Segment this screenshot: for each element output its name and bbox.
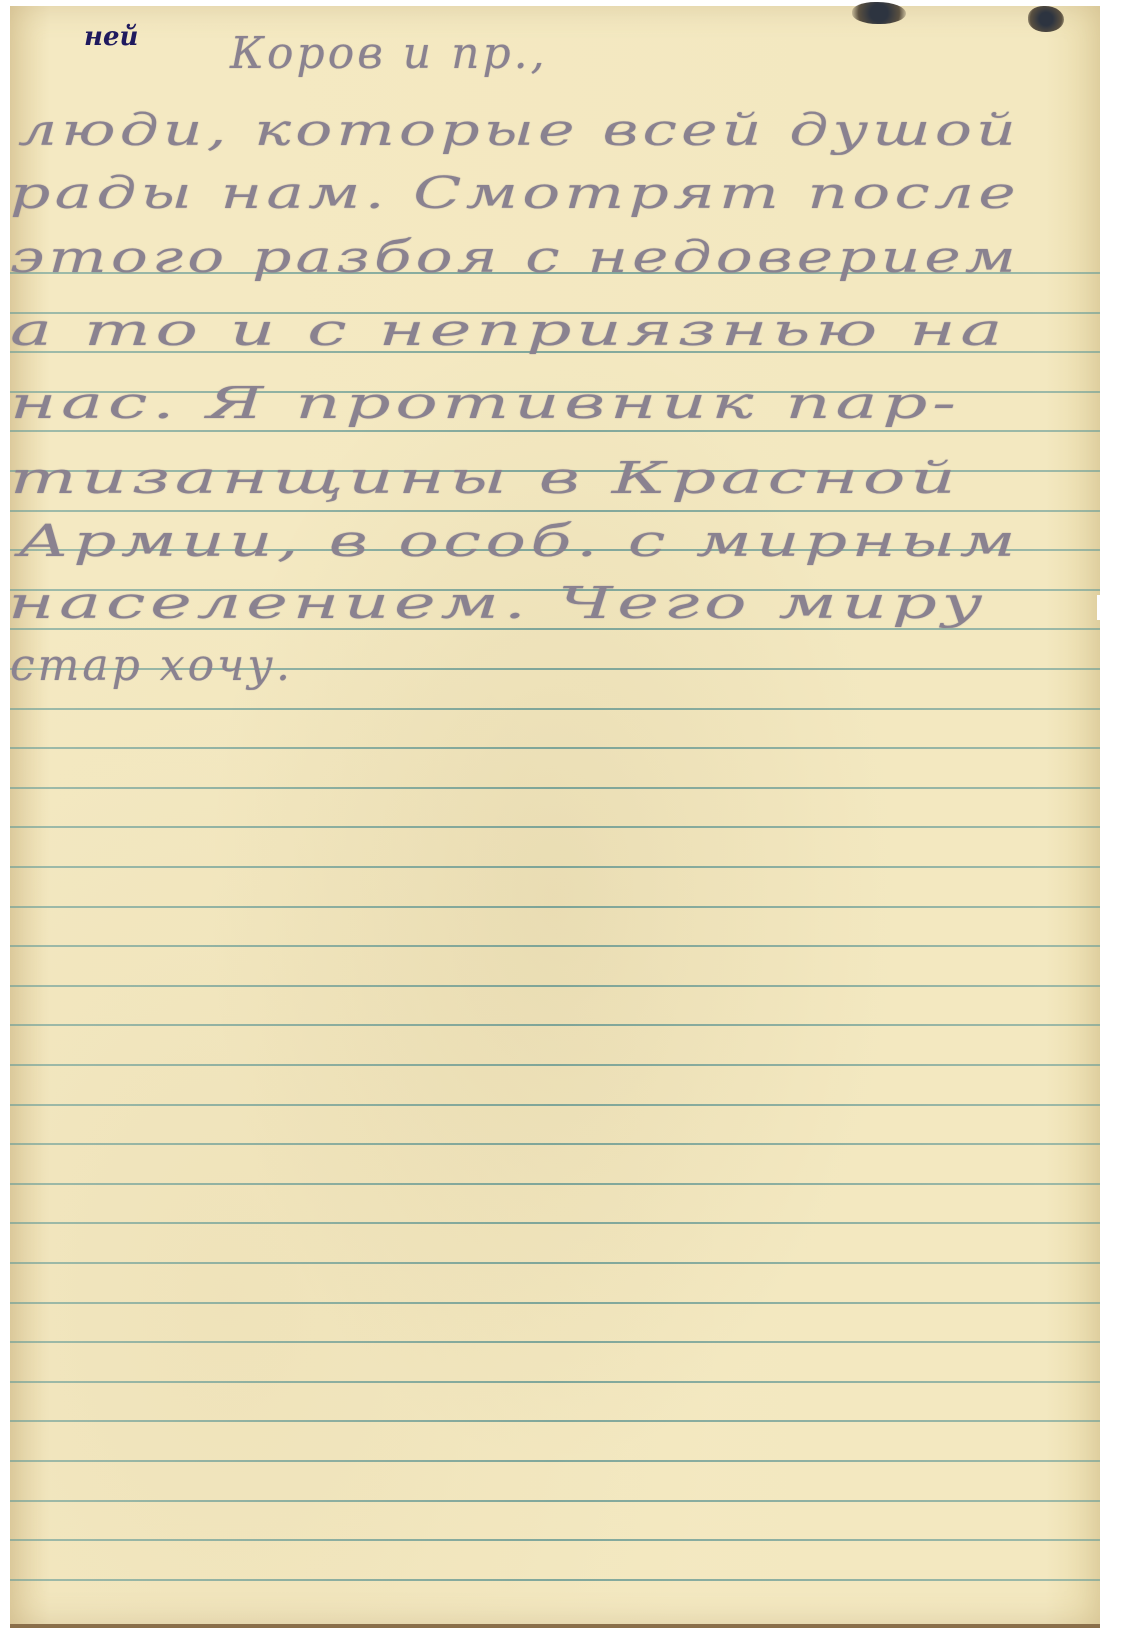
- text-line: Коров и пр.,: [230, 28, 548, 79]
- rule-line: [10, 1064, 1100, 1066]
- text-line: тизанщины в Красной: [10, 453, 960, 504]
- text-line: Армии, в особ. с мирным: [18, 516, 1020, 567]
- rule-line: [10, 1262, 1100, 1264]
- rule-line: [10, 1539, 1100, 1541]
- rule-line: [10, 866, 1100, 868]
- rule-line: [10, 1143, 1100, 1145]
- rule-line: [10, 747, 1100, 749]
- text-line: нас. Я противник пар-: [10, 378, 961, 429]
- rule-line: [10, 945, 1100, 947]
- rule-line: [10, 1381, 1100, 1383]
- rule-line: [10, 1024, 1100, 1026]
- text-line: стар хочу.: [10, 640, 293, 691]
- rule-line: [10, 1104, 1100, 1106]
- rule-line: [10, 826, 1100, 828]
- rule-line: [10, 1222, 1100, 1224]
- torn-edge: [1103, 808, 1139, 878]
- rule-line: [10, 787, 1100, 789]
- rule-line: [10, 1420, 1100, 1422]
- rule-line: [10, 430, 1100, 432]
- rule-line: [10, 1579, 1100, 1581]
- rule-line: [10, 510, 1100, 512]
- torn-edge: [1097, 595, 1139, 620]
- rule-line: [10, 1341, 1100, 1343]
- rule-line: [10, 1302, 1100, 1304]
- text-line: этого разбоя с недоверием: [10, 232, 1020, 283]
- text-line: а то и с неприязнью на: [10, 305, 1007, 356]
- rule-line: [10, 708, 1100, 710]
- ink-annotation: ней: [84, 22, 138, 52]
- rule-line: [10, 906, 1100, 908]
- text-line: населением. Чего миру: [8, 578, 987, 629]
- rule-line: [10, 1460, 1100, 1462]
- text-line: рады нам. Смотрят после: [10, 168, 1020, 219]
- rule-line: [10, 985, 1100, 987]
- rule-line: [10, 1183, 1100, 1185]
- ink-stain: [1028, 6, 1064, 32]
- text-line: люди, которые всей душой: [18, 105, 1020, 156]
- ink-stain: [852, 2, 906, 24]
- rule-line: [10, 1500, 1100, 1502]
